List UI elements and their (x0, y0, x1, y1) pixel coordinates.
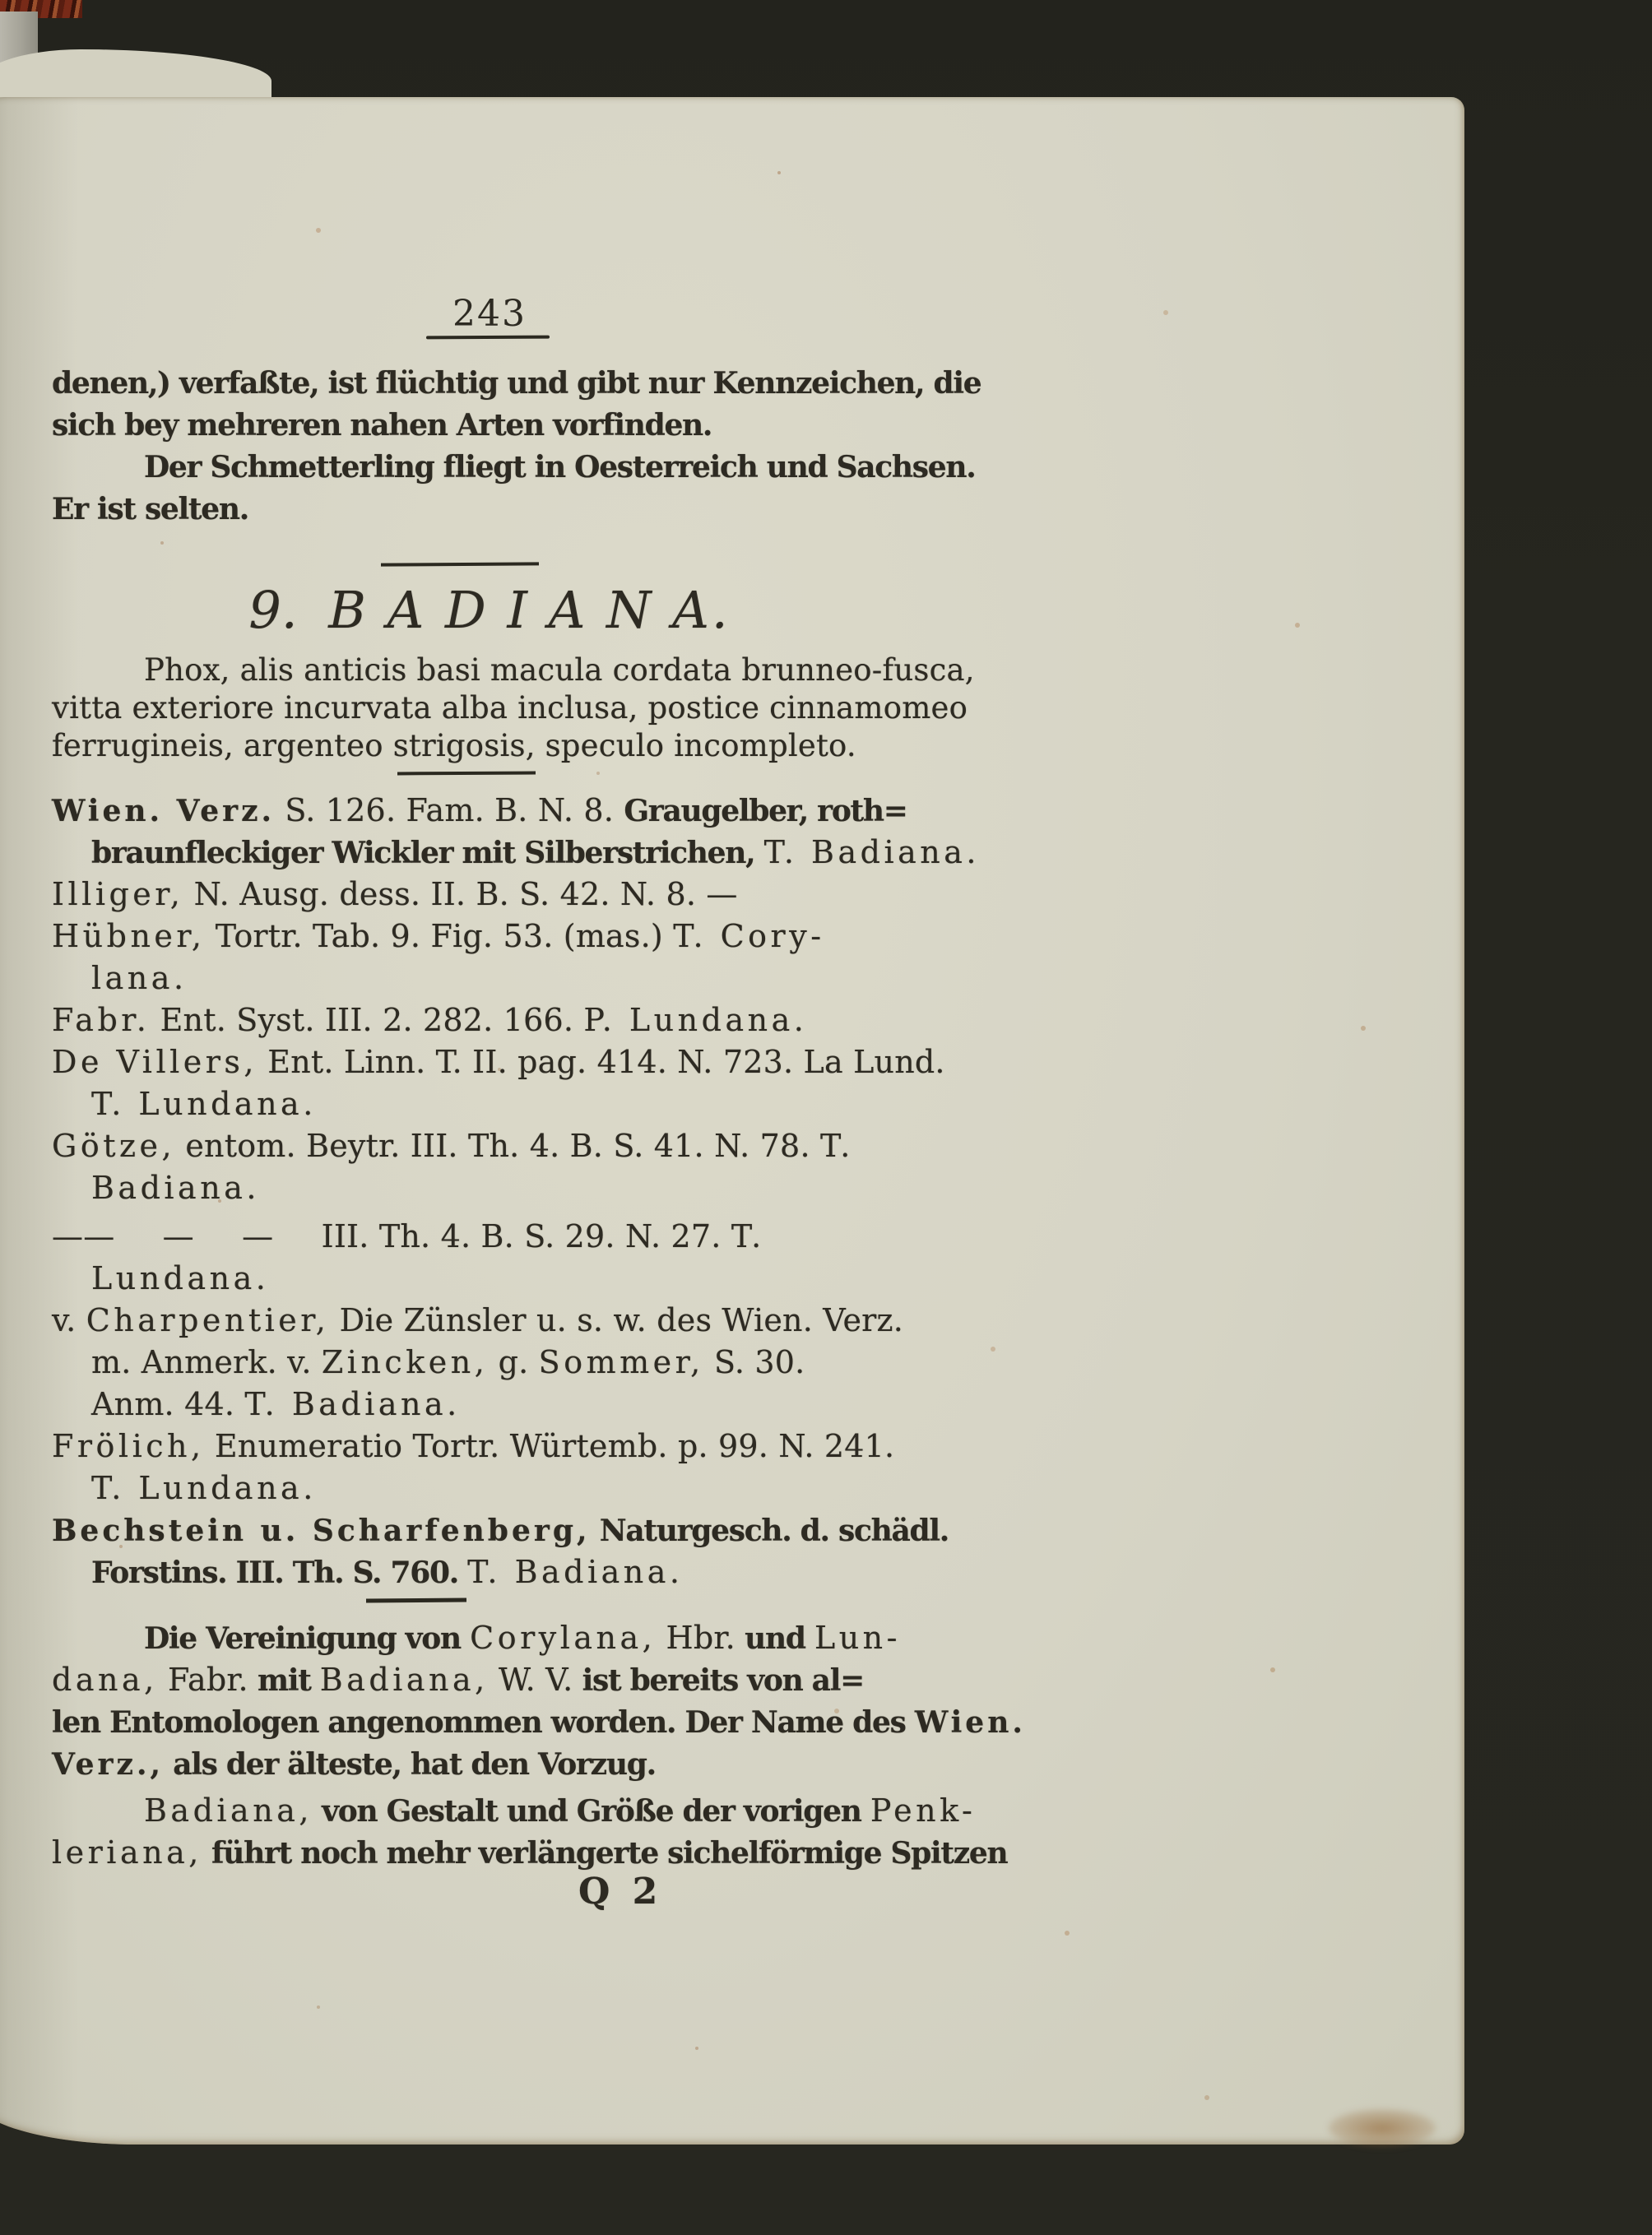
text-line: Phox, alis anticis basi macula cordata b… (52, 651, 963, 689)
text-column: 243 denen,) verfaßte, ist flüchtig und g… (52, 293, 963, 1913)
text-line: Frölich, Enumeratio Tortr. Würtemb. p. 9… (52, 1426, 963, 1468)
text-line: De Villers, Ent. Linn. T. II. pag. 414. … (52, 1041, 963, 1083)
text-line: Fabr. Ent. Syst. III. 2. 282. 166. P. Lu… (52, 999, 963, 1041)
text-segment: entom. Beytr. III. Th. 4. B. S. 41. N. 7… (175, 1128, 820, 1164)
text-line: Forstins. III. Th. S. 760. T. Badiana. (52, 1551, 963, 1593)
text-segment: T. Cory- (673, 918, 824, 954)
text-segment: T. Badiana. (244, 1386, 460, 1422)
text-segment: sich bey mehreren nahen Arten vorfinden. (52, 408, 712, 443)
text-segment: S. 30. (704, 1344, 805, 1380)
text-segment: Enumeratio Tortr. Würtemb. p. 99. N. 241… (205, 1428, 895, 1464)
text-segment: Wien. (915, 1705, 1026, 1740)
text-line: Lundana. (52, 1258, 963, 1300)
text-segment: mit (248, 1663, 320, 1698)
text-line: leriana, führt noch mehr verlängerte sic… (52, 1832, 963, 1874)
section-rule-bottom (397, 772, 536, 776)
text-segment: Naturgesch. d. schädl. (591, 1514, 949, 1548)
text-segment: Ent. Syst. III. 2. 282. 166. (150, 1002, 583, 1038)
synonymy-references: Wien. Verz. S. 126. Fam. B. N. 8. Grauge… (52, 790, 963, 1593)
text-segment: leriana, (52, 1834, 202, 1871)
text-segment: Phox, alis anticis basi macula cordata b… (144, 652, 975, 688)
text-segment: Sommer, (539, 1344, 704, 1380)
text-line: —— — — III. Th. 4. B. S. 29. N. 27. T. (52, 1216, 963, 1258)
text-segment: P. Lundana. (583, 1002, 807, 1038)
text-segment: T. Lundana. (91, 1086, 317, 1122)
text-segment: Wien. Verz. (52, 794, 275, 828)
text-segment: T. Badiana. (764, 834, 980, 870)
text-segment: len Entomologen angenommen worden. Der N… (52, 1705, 915, 1740)
text-segment: braunfleckiger Wickler mit Silberstriche… (91, 836, 764, 870)
text-segment: lana. (91, 960, 188, 996)
species-name: B A D I A N A. (313, 580, 730, 640)
text-segment: III. Th. 4. B. S. 29. N. 27. (322, 1218, 731, 1254)
text-line: T. Lundana. (52, 1083, 963, 1125)
section-rule-top (381, 562, 539, 566)
text-segment: Der Schmetterling fliegt in Oesterreich … (144, 450, 976, 485)
text-segment: Badiana, (320, 1662, 489, 1698)
page-number: 243 (428, 293, 551, 336)
text-line: dana, Fabr. mit Badiana, W. V. ist berei… (52, 1659, 963, 1701)
text-segment: als der älteste, hat den Vorzug. (164, 1747, 656, 1782)
text-segment: Die Zünsler u. s. w. des Wien. Verz. (329, 1302, 903, 1338)
text-line: Hübner, Tortr. Tab. 9. Fig. 53. (mas.) T… (52, 916, 963, 958)
text-segment: von Gestalt und Größe der vorigen (313, 1794, 870, 1829)
text-segment: m. Anmerk. v. (91, 1344, 322, 1380)
species-heading: 9. B A D I A N A. (226, 576, 753, 645)
text-segment: und (736, 1621, 814, 1656)
text-line: len Entomologen angenommen worden. Der N… (52, 1701, 963, 1743)
text-segment: T. (820, 1128, 854, 1164)
text-segment: Charpentier, (86, 1302, 330, 1338)
text-line: T. Lundana. (52, 1468, 963, 1509)
text-line: Wien. Verz. S. 126. Fam. B. N. 8. Grauge… (52, 790, 963, 832)
discussion-paragraphs: Die Vereinigung von Corylana, Hbr. und L… (52, 1617, 963, 1874)
text-segment: ist bereits von al= (573, 1663, 864, 1698)
text-line: Badiana. (52, 1167, 963, 1209)
paper-smudge-stain (1329, 2109, 1436, 2147)
text-segment: Verz., (52, 1747, 164, 1782)
text-segment: denen,) verfaßte, ist flüchtig und gibt … (52, 366, 981, 401)
text-line: Bechstein u. Scharfenberg, Naturgesch. d… (52, 1509, 963, 1551)
text-segment: Hbr. (656, 1620, 736, 1656)
text-segment: vitta exteriore incurvata alba inclusa, … (52, 690, 968, 726)
text-segment: Graugelber, roth= (624, 794, 907, 828)
text-segment: ferrugineis, argenteo strigosis, speculo… (52, 728, 856, 763)
text-segment: Badiana. (91, 1170, 260, 1206)
text-segment: T. Badiana. (467, 1554, 683, 1590)
text-line: lana. (52, 958, 963, 999)
text-line: Verz., als der älteste, hat den Vorzug. (52, 1743, 963, 1785)
signature-mark: Q 2 (578, 1871, 963, 1913)
text-segment: Lun- (814, 1620, 901, 1656)
text-segment: T. (731, 1218, 765, 1254)
text-segment: Bechstein u. Scharfenberg, (52, 1514, 591, 1548)
text-line: Anm. 44. T. Badiana. (52, 1384, 963, 1426)
text-line: Die Vereinigung von Corylana, Hbr. und L… (52, 1617, 963, 1659)
text-segment: Illiger, (52, 876, 183, 912)
text-segment: T. Lundana. (91, 1470, 317, 1506)
text-segment: Die Vereinigung von (144, 1621, 470, 1656)
text-segment: Ent. Linn. T. II. pag. 414. N. 723. La L… (258, 1044, 945, 1080)
text-segment: Er ist selten. (52, 492, 248, 526)
text-segment: W. V. (489, 1662, 573, 1698)
text-segment: Corylana, (470, 1620, 656, 1656)
text-line: Badiana, von Gestalt und Größe der vorig… (52, 1790, 963, 1832)
text-segment: Fabr. (158, 1662, 248, 1698)
species-number: 9. (248, 580, 297, 640)
text-segment: Forstins. III. Th. S. 760. (91, 1556, 467, 1590)
text-segment: Tortr. Tab. 9. Fig. 53. (mas.) (205, 918, 673, 954)
text-line: sich bey mehreren nahen Arten vorfinden. (52, 404, 963, 446)
text-segment: Badiana, (144, 1792, 313, 1829)
intro-paragraphs: denen,) verfaßte, ist flüchtig und gibt … (52, 362, 963, 530)
scanned-book-photo: 243 denen,) verfaßte, ist flüchtig und g… (0, 0, 1652, 2235)
text-line: denen,) verfaßte, ist flüchtig und gibt … (52, 362, 963, 404)
book-page: 243 denen,) verfaßte, ist flüchtig und g… (0, 97, 1464, 2145)
text-segment: De Villers, (52, 1044, 258, 1080)
text-segment: Penk- (870, 1792, 977, 1829)
text-line: v. Charpentier, Die Zünsler u. s. w. des… (52, 1300, 963, 1342)
text-segment: S. 126. Fam. B. N. 8. (275, 792, 624, 828)
text-segment: g. (488, 1344, 538, 1380)
text-segment: Fabr. (52, 1002, 150, 1038)
text-segment: führt noch mehr verlängerte sichelförmig… (202, 1836, 1008, 1871)
text-line: Götze, entom. Beytr. III. Th. 4. B. S. 4… (52, 1125, 963, 1167)
text-segment: N. Ausg. dess. II. B. S. 42. N. 8. — (183, 876, 737, 912)
text-segment: —— — — (52, 1218, 322, 1254)
latin-diagnosis: Phox, alis anticis basi macula cordata b… (52, 651, 963, 765)
text-segment: Anm. 44. (91, 1386, 244, 1422)
text-line: ferrugineis, argenteo strigosis, speculo… (52, 727, 963, 765)
page-number-underline (426, 336, 550, 340)
text-line: vitta exteriore incurvata alba inclusa, … (52, 689, 963, 727)
text-segment: dana, (52, 1662, 158, 1698)
text-segment: Lundana. (91, 1260, 269, 1296)
text-line: Er ist selten. (52, 488, 963, 530)
text-segment: Frölich, (52, 1428, 205, 1464)
text-line: Der Schmetterling fliegt in Oesterreich … (52, 446, 963, 488)
divider-rule (366, 1597, 466, 1602)
text-segment: Zincken, (322, 1344, 488, 1380)
text-line: m. Anmerk. v. Zincken, g. Sommer, S. 30. (52, 1342, 963, 1384)
text-segment: Hübner, (52, 918, 205, 954)
text-segment: Götze, (52, 1128, 175, 1164)
text-line: Illiger, N. Ausg. dess. II. B. S. 42. N.… (52, 874, 963, 916)
text-segment: v. (52, 1302, 86, 1338)
text-line: braunfleckiger Wickler mit Silberstriche… (52, 832, 963, 874)
